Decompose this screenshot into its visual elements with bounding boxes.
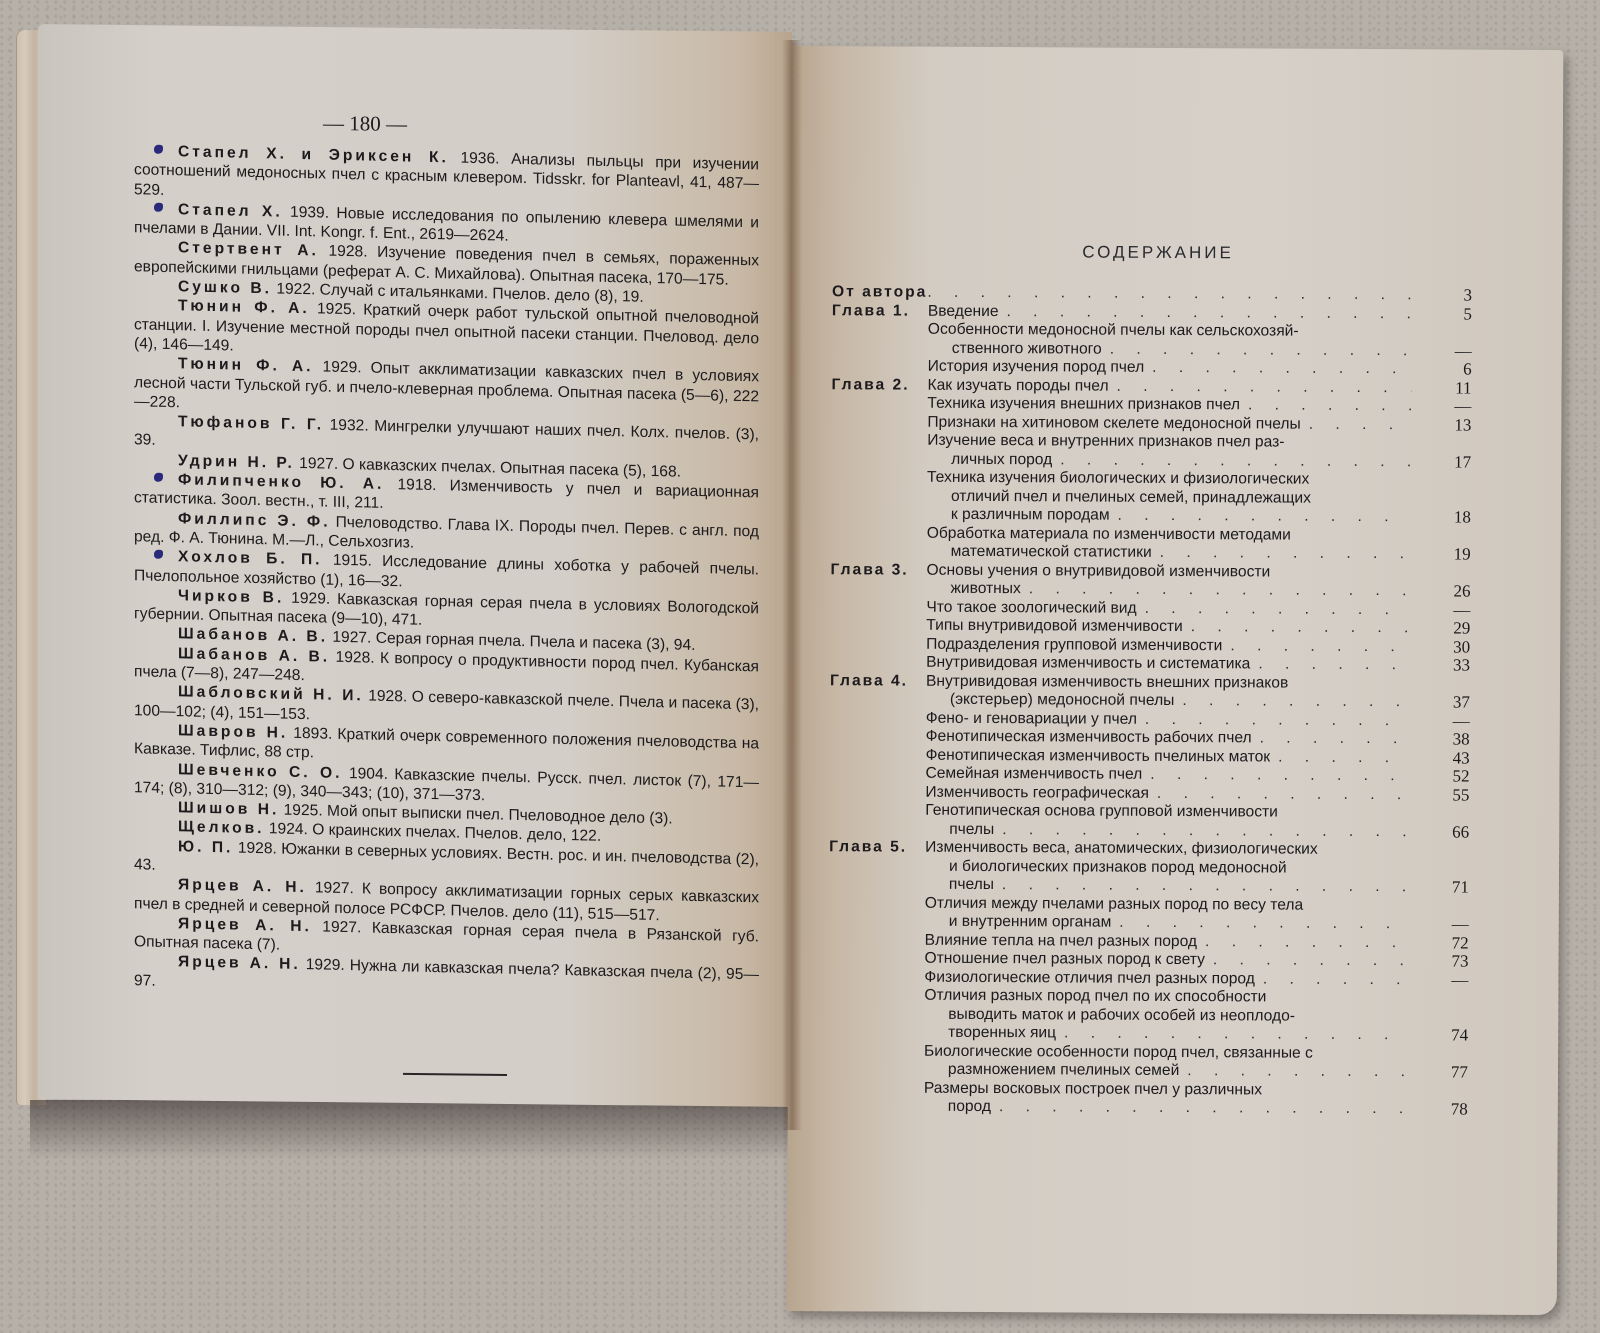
toc-line: Отличия между пчелами разных пород по ве… [925,894,1303,914]
bibliography-author: Филлипс Э. Ф. [178,510,331,530]
toc-line: История изучения пород пчел [928,358,1145,378]
pen-mark-icon [154,203,163,212]
toc-chapter-label: Глава 1. [832,302,928,321]
dot-leader: . . . . . . . . . . . . . . . . . . . . … [1205,951,1409,971]
dot-leader: . . . . . . . . . . . . . . . . . . . . … [1111,914,1409,934]
toc-line: Что такое зоологический вид [926,598,1136,618]
toc-line: личных пород [927,450,1052,469]
page-number: — 180 — [38,108,792,141]
toc-line: и биологических признаков пород медоносн… [925,857,1287,877]
toc-page-number: 66 [1409,823,1469,842]
dot-leader: . . . . . . . . . . . . . . . . . . . . … [998,303,1411,324]
toc-entry-text: (экстерьер) медоносной пчелы. . . . . . … [926,691,1410,712]
bibliography-author: Стапел Х. [178,201,283,220]
dot-leader: . . . . . . . . . . . . . . . . . . . . … [1137,599,1411,619]
toc-page-number: 52 [1409,767,1469,786]
left-page: — 180 — Стапел Х. и Эриксен К. 1936. Ана… [38,24,792,1107]
toc-page-number: 11 [1411,379,1471,398]
toc-line: Фенотипическая изменчивость пчелиных мат… [926,746,1271,766]
dot-leader: . . . . . . . . . . . . . . . . . . . . … [1240,396,1412,415]
toc-page-number: 18 [1411,508,1471,527]
toc-entry-text: Внутривидовая изменчивость внешних призн… [926,672,1410,693]
dot-leader: . . . . . . . . . . . . . . . . . . . . … [1109,377,1412,397]
dot-leader: . . . . . . . . . . . . . . . . . . . . … [1301,415,1412,434]
toc-entry-text: и биологических признаков пород медоносн… [925,857,1409,878]
dot-leader: . . . . . . . . . . . . . . . . . . . . … [1052,451,1411,471]
toc-entry-text: Подразделения групповой изменчивости. . … [926,635,1410,656]
bibliography-author: Филипченко Ю. А. [178,471,384,493]
dot-leader: . . . . . . . . . . . . . . . . . . . . … [1144,359,1412,379]
dot-leader: . . . . . . . . . . . . . . . . . . . . … [1021,580,1411,601]
pen-mark-icon [154,145,163,154]
bibliography-author: Удрин Н. Р. [178,452,295,472]
toc-line: Типы внутривидовой изменчивости [926,617,1183,637]
toc-line: Внутривидовая изменчивость внешних призн… [926,672,1288,692]
dot-leader: . . . . . . . . . . . . . . . . . . . . … [1056,1024,1408,1044]
toc-entry-text: Отличия разных пород пчел по их способно… [924,987,1408,1008]
toc-entry-text: Обработка материала по изменчивости мето… [927,524,1411,545]
bibliography-author: Шевченко С. О. [178,761,343,782]
toc-entry-text: Физиологические отличия пчел разных поро… [924,968,1408,989]
dot-leader: . . . . . . . . . . . . . . . . . . . . … [1222,637,1410,656]
toc-line: Отношение пчел разных пород к свету [924,950,1204,970]
dot-leader: . . . . . . . . . . . . . . . . . . . . … [1137,710,1410,730]
toc-page-number: 55 [1409,786,1469,805]
bibliography-author: Щелков. [178,819,265,838]
toc-page-number: 78 [1408,1100,1468,1119]
bibliography-author: Сушко В. [178,278,272,297]
toc-line: отличий пчел и пчелиных семей, принадлеж… [927,487,1311,508]
toc-line: Физиологические отличия пчел разных поро… [924,968,1255,988]
dot-leader: . . . . . . . . . . . . . . . . . . . . … [994,821,1409,842]
toc-entry-text: Фенотипическая изменчивость пчелиных мат… [926,746,1410,767]
bibliography-author: Тюнин Ф. А. [178,298,310,318]
bibliography-author: Шабловский Н. И. [178,684,364,705]
dot-leader: . . . . . . . . . . . . . . . . . . . . … [1183,618,1411,638]
toc-entry-text: и внутренним органам. . . . . . . . . . … [925,913,1409,934]
bibliography-author: Ярцев А. Н. [178,877,307,897]
dot-leader: . . . . . . . . . . . . . . . . . . . . … [1197,933,1409,953]
dot-leader: . . . . . . . . . . . . . . . . . . . . … [1250,655,1410,674]
toc-entry-text: Биологические особенности пород пчел, св… [924,1042,1408,1063]
toc-entry-text: пчелы. . . . . . . . . . . . . . . . . .… [925,876,1409,897]
toc-line: к различным породам [927,506,1110,525]
toc-page-number: 77 [1408,1063,1468,1082]
toc-line: Техника изучения внешних признаков пчел [927,395,1240,415]
toc-page-number: 3 [1412,286,1472,305]
toc-page-number: — [1410,601,1470,620]
toc-page-number: 74 [1408,1026,1468,1045]
bibliography-author: Ю. П. [178,838,233,856]
toc-page-number: 26 [1410,582,1470,601]
bibliography-author: Тюнин Ф. А. [178,356,313,376]
book-gutter [782,40,802,1130]
toc-line: и внутренним органам [925,913,1112,932]
bibliography-author: Шавров Н. [178,722,288,742]
toc-entry-text: пород. . . . . . . . . . . . . . . . . .… [924,1098,1408,1119]
dot-leader: . . . . . . . . . . . . . . . . . . . . … [1270,748,1410,767]
toc-line: Влияние тепла на пчел разных пород [925,931,1198,951]
toc-page-number: 72 [1409,934,1469,953]
toc-line: ственного животного [928,339,1102,358]
pen-mark-icon [154,473,163,482]
toc-entry-text: Фенотипическая изменчивость рабочих пчел… [926,728,1410,749]
toc-page-number: 17 [1411,453,1471,472]
toc-entry-text: к различным породам. . . . . . . . . . .… [927,506,1411,527]
dot-leader: . . . . . . . . . . . . . . . . . . . . … [1179,1062,1408,1082]
toc-page-number: 73 [1408,952,1468,971]
toc-chapter-label: Глава 4. [830,672,926,691]
toc-page-number: — [1408,971,1468,990]
toc-line: Семейная изменчивость пчел [925,765,1142,785]
toc-page-number: — [1411,397,1471,416]
toc-entry: пород. . . . . . . . . . . . . . . . . .… [828,1097,1468,1119]
toc-label: От автора [832,283,927,302]
toc-page-number: 5 [1412,305,1472,324]
toc-entry-text: Влияние тепла на пчел разных пород. . . … [925,931,1409,952]
toc-chapter-label: Глава 2. [831,376,927,395]
toc-line: Как изучать породы пчел [927,376,1108,395]
dot-leader: . . . . . . . . . . . . . . . . . . . . … [927,284,1412,305]
toc-line: (экстерьер) медоносной пчелы [926,691,1175,711]
toc-chapter-label [828,1116,924,1117]
toc-line: Особенности медоносной пчелы как сельско… [928,321,1299,341]
toc-line: Обработка материала по изменчивости мето… [927,524,1291,544]
toc-line: Изучение веса и внутренних признаков пче… [927,432,1284,452]
toc-line: математической статистики [927,543,1152,563]
dot-leader: . . . . . . . . . . . . . . . . . . . . … [1174,692,1410,712]
dot-leader: . . . . . . . . . . . . . . . . . . . . … [1255,970,1409,989]
toc-page-number: — [1409,915,1469,934]
bibliography-author: Ярцев А. Н. [178,954,301,974]
toc-line: творенных яиц [924,1024,1056,1043]
toc-chapter-label: Глава 3. [831,561,927,580]
bibliography-author: Хохлов Б. П. [178,548,323,568]
toc-entry-text: размножением пчелиных семей. . . . . . .… [924,1061,1408,1082]
bibliography-author: Ярцев А. Н. [178,915,312,935]
toc-line: Изменчивость географическая [925,783,1149,803]
toc-line: Подразделения групповой изменчивости [926,635,1222,655]
toc-line: Введение [928,302,999,321]
toc-line: Изменчивость веса, анатомических, физиол… [925,839,1318,860]
end-rule-divider [403,1073,507,1076]
toc-line: Биологические особенности пород пчел, св… [924,1042,1313,1063]
toc-entry-text: Изменчивость веса, анатомических, физиол… [925,839,1409,860]
toc-line: Фено- и геновариации у пчел [926,709,1137,729]
bibliography-list: Стапел Х. и Эриксен К. 1936. Анализы пыл… [134,141,759,1004]
toc-line: Отличия разных пород пчел по их способно… [924,987,1266,1007]
toc-page-number: 6 [1412,360,1472,379]
toc-chapter-label: Глава 5. [829,838,925,857]
toc-line: Размеры восковых построек пчел у различн… [924,1079,1262,1099]
toc-entry-text: Изучение веса и внутренних признаков пче… [927,432,1411,453]
toc-page-number: 37 [1410,693,1470,712]
toc-entry-text: Отличия между пчелами разных пород по ве… [925,894,1409,915]
toc-line: Фенотипическая изменчивость рабочих пчел [926,728,1252,748]
toc-entry-text: отличий пчел и пчелиных семей, принадлеж… [927,487,1411,508]
toc-page-number: — [1410,712,1470,731]
toc-entry-text: Техника изучения биологических и физиоло… [927,469,1411,490]
toc-page-number: 29 [1410,619,1470,638]
toc-line: размножением пчелиных семей [924,1061,1179,1081]
bibliography-author: Шабанов А. В. [178,645,330,665]
book-shadow [30,1100,790,1160]
toc-entry-text: Введение. . . . . . . . . . . . . . . . … [928,302,1412,323]
right-page: СОДЕРЖАНИЕ От автора. . . . . . . . . . … [787,46,1564,1315]
toc-line: выводить маток и рабочих особей из неопл… [924,1005,1295,1025]
toc-entry-text: Особенности медоносной пчелы как сельско… [928,321,1412,342]
toc-page-number: 33 [1410,656,1470,675]
bibliography-author: Шабанов А. В. [178,626,328,646]
pen-mark-icon [154,550,163,559]
toc-title: СОДЕРЖАНИЕ [1082,243,1234,264]
toc-entry-text: Типы внутривидовой изменчивости. . . . .… [926,617,1410,638]
bibliography-author: Чирков В. [178,587,284,606]
bibliography-author: Стертвент А. [178,240,319,260]
toc-page-number: 71 [1409,878,1469,897]
toc-entry-text: Фено- и геновариации у пчел. . . . . . .… [926,709,1410,730]
toc-line: Техника изучения биологических и физиоло… [927,469,1309,490]
toc-line: Основы учения о внутривидовой изменчивос… [927,561,1271,581]
toc-entry-text: пчелы. . . . . . . . . . . . . . . . . .… [925,820,1409,841]
toc-entry-text: Как изучать породы пчел. . . . . . . . .… [927,376,1411,397]
toc-entry-text: Техника изучения внешних признаков пчел.… [927,395,1411,416]
dot-leader: . . . . . . . . . . . . . . . . . . . . … [991,1098,1408,1119]
toc-entry-text: животных. . . . . . . . . . . . . . . . … [926,580,1410,601]
toc-page-number: 19 [1411,545,1471,564]
toc-entry-text: выводить маток и рабочих особей из неопл… [924,1005,1408,1026]
toc-line: Признаки на хитиновом скелете медоносной… [927,413,1301,433]
dot-leader: . . . . . . . . . . . . . . . . . . . . … [1252,729,1410,748]
toc-entry-text: Семейная изменчивость пчел. . . . . . . … [925,765,1409,786]
toc-page-number: 43 [1410,749,1470,768]
toc-line: пород [924,1098,991,1117]
dot-leader: . . . . . . . . . . . . . . . . . . . . … [1152,544,1411,564]
bibliography-author: Тюфанов Г. Г. [178,413,324,433]
toc-entry-text: Внутривидовая изменчивость и систематика… [926,654,1410,675]
toc-page-number: 38 [1410,730,1470,749]
bibliography-author: Шишов Н. [178,799,279,818]
toc-page-number: 30 [1410,638,1470,657]
toc-entry-text: ственного животного. . . . . . . . . . .… [928,339,1412,360]
toc-entry-text: Изменчивость географическая. . . . . . .… [925,783,1409,804]
toc-entry-text: творенных яиц. . . . . . . . . . . . . .… [924,1024,1408,1045]
toc-page-number: 13 [1411,416,1471,435]
toc-entry-text: Признаки на хитиновом скелете медоносной… [927,413,1411,434]
toc-entry-text: Что такое зоологический вид. . . . . . .… [926,598,1410,619]
table-of-contents: От автора. . . . . . . . . . . . . . . .… [828,283,1472,1119]
toc-line: Внутривидовая изменчивость и систематика [926,654,1250,674]
toc-entry-text: Основы учения о внутривидовой изменчивос… [927,561,1411,582]
toc-entry-text: личных пород. . . . . . . . . . . . . . … [927,450,1411,471]
dot-leader: . . . . . . . . . . . . . . . . . . . . … [1149,784,1410,804]
dot-leader: . . . . . . . . . . . . . . . . . . . . … [1102,340,1412,360]
toc-line: Генотипическая основа групповой изменчив… [925,802,1278,822]
toc-line: пчелы [925,820,994,839]
toc-entry-text: математической статистики. . . . . . . .… [927,543,1411,564]
dot-leader: . . . . . . . . . . . . . . . . . . . . … [1142,766,1409,786]
toc-line: животных [926,580,1020,599]
toc-entry-text: История изучения пород пчел. . . . . . .… [928,358,1412,379]
toc-entry-text: Генотипическая основа групповой изменчив… [925,802,1409,823]
toc-entry-text: Размеры восковых построек пчел у различн… [924,1079,1408,1100]
toc-page-number: — [1412,342,1472,361]
toc-line: пчелы [925,876,994,895]
dot-leader: . . . . . . . . . . . . . . . . . . . . … [994,876,1409,897]
dot-leader: . . . . . . . . . . . . . . . . . . . . … [1110,507,1411,527]
toc-entry-text: Отношение пчел разных пород к свету. . .… [924,950,1408,971]
toc-leader: . . . . . . . . . . . . . . . . . . . . … [927,284,1412,305]
